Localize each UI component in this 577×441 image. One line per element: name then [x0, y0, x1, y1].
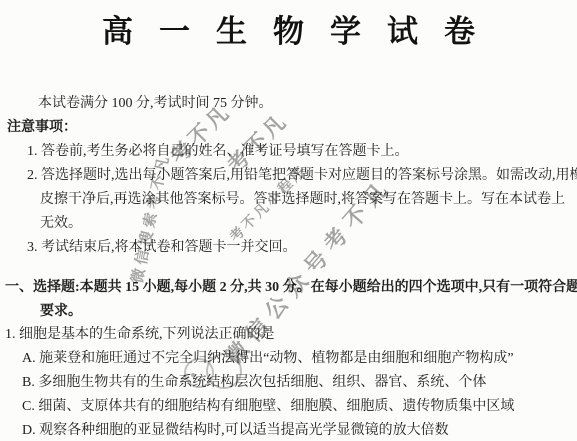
notice-item-1: 1. 答卷前,考生务必将自己的姓名、准考证号填写在答题卡上。 — [27, 145, 409, 159]
section-heading-line-1: 一、选择题:本题共 15 小题,每小题 2 分,共 30 分。在每小题给出的四个… — [5, 281, 577, 295]
question-1-stem: 1. 细胞是基本的生命系统,下列说法正确的是 — [5, 328, 275, 342]
exam-title: 高一生物学试卷 — [0, 6, 577, 51]
question-1-option-c: C. 细菌、支原体共有的细胞结构有细胞壁、细胞膜、细胞质、遗传物质集中区域 — [22, 400, 514, 414]
exam-paper-page: 考不凡 考不凡 微信搜索考不凡 考不凡小程序 微信公众号考不凡 高一生物学试卷 … — [0, 0, 577, 441]
question-1-option-d: D. 观察各种细胞的亚显微结构时,可以适当提高光学显微镜的放大倍数 — [22, 424, 449, 438]
question-1-option-a: A. 施莱登和施旺通过不完全归纳法得出“动物、植物都是由细胞和细胞产物构成” — [22, 352, 514, 366]
notice-item-2-line-1: 2. 答选择题时,选出每小题答案后,用铅笔把答题卡对应题目的答案标号涂黑。如需改… — [27, 169, 577, 183]
notice-item-3: 3. 考试结束后,将本试卷和答题卡一并交回。 — [27, 241, 297, 255]
exam-intro-line: 本试卷满分 100 分,考试时间 75 分钟。 — [38, 97, 273, 111]
notice-heading: 注意事项： — [7, 121, 77, 135]
section-heading-line-2: 要求。 — [40, 305, 82, 319]
notice-item-2-line-2: 皮擦干净后,再选涂其他答案标号。答非选择题时,将答案写在答题卡上。写在本试卷上 — [40, 193, 565, 207]
notice-item-2-line-3: 无效。 — [40, 217, 82, 231]
question-1-option-b: B. 多细胞生物共有的生命系统结构层次包括细胞、组织、器官、系统、个体 — [22, 376, 486, 390]
